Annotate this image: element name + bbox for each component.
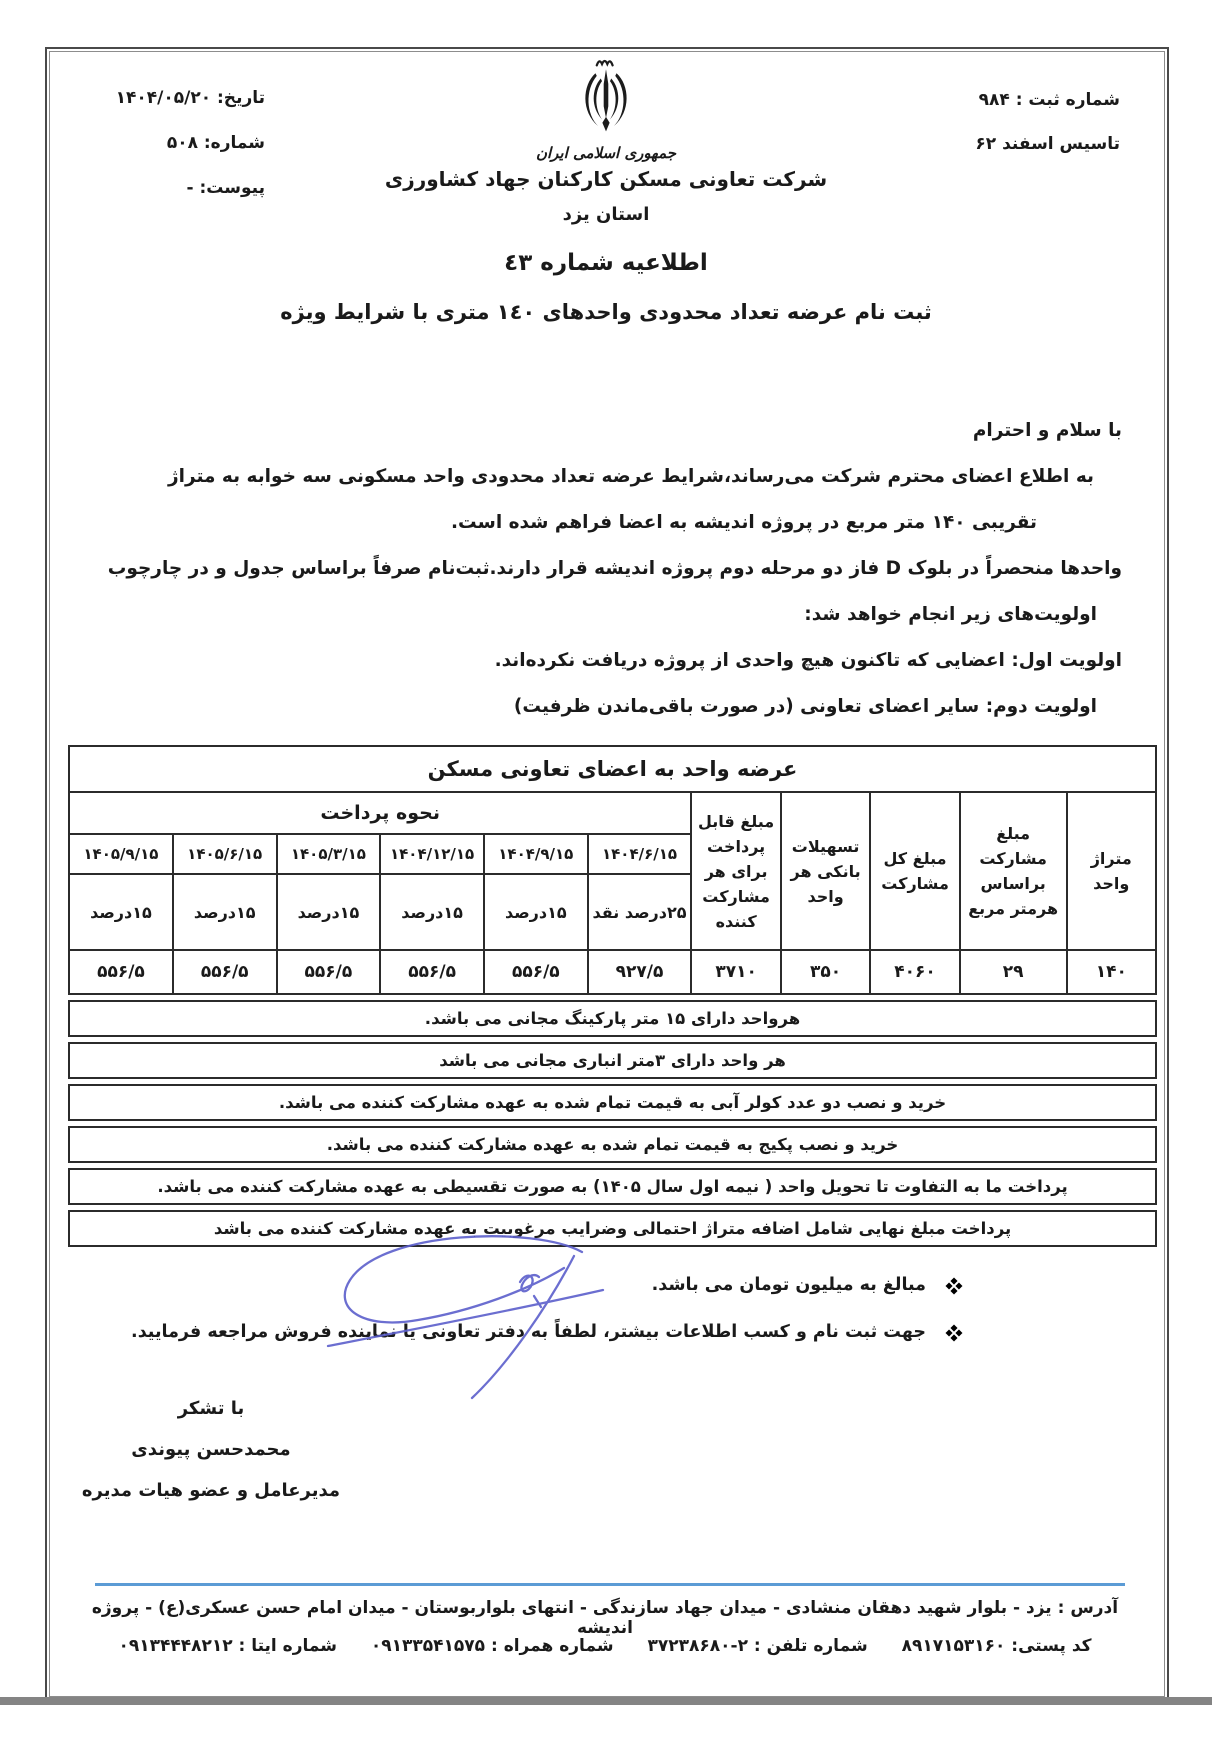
payment-date: ۱۴۰۵/۹/۱۵	[69, 834, 173, 874]
col-header-total-participation: مبلغ کل مشارکت	[870, 792, 959, 950]
payment-percent: ۱۵درصد	[380, 874, 484, 950]
payment-amount: ۵۵۶/۵	[173, 950, 277, 994]
value-rate-per-sqm: ۲۹	[960, 950, 1067, 994]
payment-amount: ۵۵۶/۵	[380, 950, 484, 994]
body-line: تقریبی ۱۴۰ متر مربع در پروژه اندیشه به ا…	[85, 500, 1122, 546]
body-line-priority-2: اولویت دوم: سایر اعضای تعاونی (در صورت ب…	[85, 684, 1122, 730]
payment-amount: ۵۵۶/۵	[277, 950, 381, 994]
value-payable-amount: ۳۷۱۰	[691, 950, 780, 994]
table-note: خرید و نصب دو عدد کولر آبی به قیمت تمام …	[68, 1084, 1157, 1121]
organization-province: استان یزد	[0, 204, 1212, 225]
payment-percent: ۱۵درصد	[69, 874, 173, 950]
value-bank-facility: ۳۵۰	[781, 950, 870, 994]
col-header-bank-facility: تسهیلات بانکی هر واحد	[781, 792, 870, 950]
diamond-bullet-icon	[946, 1277, 963, 1294]
offer-table: عرضه واحد به اعضای تعاونی مسکن متراژ واح…	[68, 745, 1157, 995]
signature-role: مدیرعامل و عضو هیات مدیره	[80, 1470, 342, 1511]
iran-emblem-icon	[573, 56, 639, 142]
footer-divider	[95, 1583, 1125, 1586]
col-header-area: متراژ واحد	[1067, 792, 1156, 950]
col-header-payable-amount: مبلغ قابل پرداخت برای هر مشارکت کننده	[691, 792, 780, 950]
signature-scribble	[320, 1230, 615, 1405]
notice-subtitle: ثبت نام عرضه تعداد محدودی واحدهای ١٤٠ مت…	[0, 300, 1212, 324]
organization-name: شرکت تعاونی مسکن کارکنان جهاد کشاورزی	[0, 167, 1212, 191]
payment-amount: ۵۵۶/۵	[69, 950, 173, 994]
payment-date: ۱۴۰۵/۳/۱۵	[277, 834, 381, 874]
payment-percent: ۱۵درصد	[173, 874, 277, 950]
value-total-participation: ۴۰۶۰	[870, 950, 959, 994]
salutation: با سلام و احترام	[85, 408, 1122, 454]
page-bottom-bar	[0, 1697, 1212, 1705]
payment-amount: ۹۲۷/۵	[588, 950, 692, 994]
body-line: واحدها منحصراً در بلوک D فاز دو مرحله دو…	[85, 546, 1122, 592]
remark-text: مبالغ به میلیون تومان می باشد.	[652, 1262, 926, 1309]
footer-address: آدرس : یزد - بلوار شهید دهقان منشادی - م…	[85, 1598, 1125, 1638]
diamond-bullet-icon	[946, 1324, 963, 1341]
signature-name: محمدحسن پیوندی	[80, 1429, 342, 1470]
footer-contact: کد پستی: ۸۹۱۷۱۵۳۱۶۰ شماره تلفن : ۲-۳۷۲۳۸…	[85, 1636, 1125, 1656]
payment-method-header: نحوه پرداخت	[69, 792, 691, 834]
table-note: هر واحد دارای ۳متر انباری مجانی می باشد	[68, 1042, 1157, 1079]
payment-date: ۱۴۰۵/۶/۱۵	[173, 834, 277, 874]
payment-percent: ۲۵درصد نقد	[588, 874, 692, 950]
header-center-block: جمهوری اسلامی ایران شرکت تعاونی مسکن کار…	[0, 56, 1212, 225]
signature-block: با تشکر محمدحسن پیوندی مدیرعامل و عضو هی…	[80, 1388, 342, 1511]
payment-date: ۱۴۰۴/۹/۱۵	[484, 834, 588, 874]
notice-title: اطلاعیه شماره ٤٣	[0, 250, 1212, 276]
body-line: اولویت‌های زیر انجام خواهد شد:	[85, 592, 1122, 638]
footer-postal-code: کد پستی: ۸۹۱۷۱۵۳۱۶۰	[902, 1636, 1092, 1656]
payment-amount: ۵۵۶/۵	[484, 950, 588, 994]
payment-date: ۱۴۰۴/۱۲/۱۵	[380, 834, 484, 874]
emblem-calligraphy: جمهوری اسلامی ایران	[0, 144, 1212, 162]
table-note: پرداخت ما به التفاوت تا تحویل واحد ( نیم…	[68, 1168, 1157, 1205]
scanned-letter: { "header": { "right": { "registration_n…	[0, 0, 1212, 1745]
payment-percent: ۱۵درصد	[277, 874, 381, 950]
body-line: به اطلاع اعضای محترم شرکت می‌رساند،شرایط…	[85, 454, 1122, 500]
footer-mobile: شماره همراه : ۰۹۱۳۳۵۴۱۵۷۵	[371, 1636, 614, 1656]
footer-eitaa: شماره ایتا : ۰۹۱۳۴۴۴۸۲۱۲	[118, 1636, 337, 1656]
signature-thanks: با تشکر	[80, 1388, 342, 1429]
table-title: عرضه واحد به اعضای تعاونی مسکن	[69, 746, 1156, 792]
value-area: ۱۴۰	[1067, 950, 1156, 994]
table-note: خرید و نصب پکیج به قیمت تمام شده به عهده…	[68, 1126, 1157, 1163]
payment-percent: ۱۵درصد	[484, 874, 588, 950]
offer-table-section: عرضه واحد به اعضای تعاونی مسکن متراژ واح…	[68, 745, 1157, 1247]
body-line-priority-1: اولویت اول: اعضایی که تاکنون هیچ واحدی ا…	[85, 638, 1122, 684]
letter-body: با سلام و احترام به اطلاع اعضای محترم شر…	[85, 408, 1122, 730]
payment-date: ۱۴۰۴/۶/۱۵	[588, 834, 692, 874]
footer-phone: شماره تلفن : ۲-۳۷۲۳۸۶۸۰	[647, 1636, 867, 1656]
col-header-rate-per-sqm: مبلغ مشارکت براساس هرمتر مربع	[960, 792, 1067, 950]
table-note: هرواحد دارای ۱۵ متر پارکینگ مجانی می باش…	[68, 1000, 1157, 1037]
